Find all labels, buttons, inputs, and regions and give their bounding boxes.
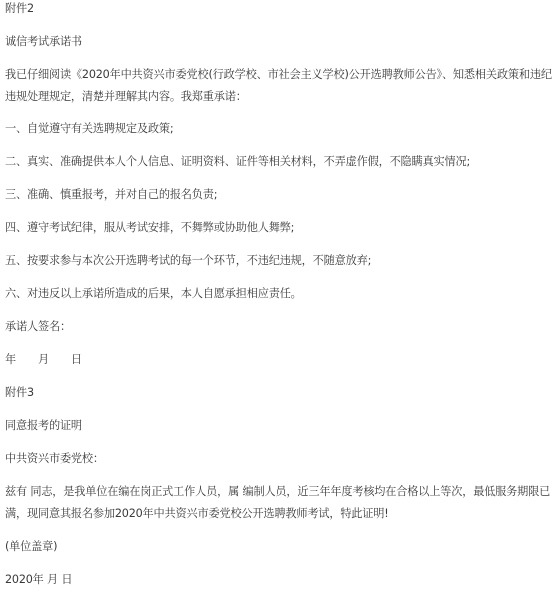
pledge-title: 诚信考试承诺书 — [5, 35, 82, 49]
pledge-intro: 我已仔细阅读《2020年中共资兴市委党校(行政学校、市社会主义学校)公开选聘教师… — [5, 64, 557, 108]
pledge-item-5: 五、按要求参与本次公开选聘考试的每一个环节，不违纪违规，不随意放弃; — [5, 254, 371, 268]
pledge-item-6: 六、对违反以上承诺所造成的后果，本人自愿承担相应责任。 — [5, 287, 302, 301]
certificate-title: 同意报考的证明 — [5, 419, 82, 433]
signature-label: 承诺人签名： — [5, 320, 71, 334]
pledge-item-1: 一、自觉遵守有关选聘规定及政策; — [5, 122, 173, 136]
attachment-3-label: 附件3 — [5, 386, 34, 400]
attachment-2-label: 附件2 — [5, 2, 34, 16]
unit-seal: (单位盖章) — [5, 540, 57, 554]
certificate-addressee: 中共资兴市委党校： — [5, 452, 104, 466]
certificate-date-line: 2020年 月 日 — [5, 573, 72, 587]
pledge-item-3: 三、准确、慎重报考，并对自己的报名负责; — [5, 188, 217, 202]
certificate-body: 兹有 同志，是我单位在编在岗正式工作人员，属 编制人员，近三年年度考核均在合格以… — [5, 481, 557, 525]
pledge-item-4: 四、遵守考试纪律，服从考试安排，不舞弊或协助他人舞弊; — [5, 221, 294, 235]
pledge-item-2: 二、真实、准确提供本人个人信息、证明资料、证件等相关材料，不弄虚作假，不隐瞒真实… — [5, 155, 470, 169]
pledge-date-line: 年 月 日 — [5, 353, 82, 367]
